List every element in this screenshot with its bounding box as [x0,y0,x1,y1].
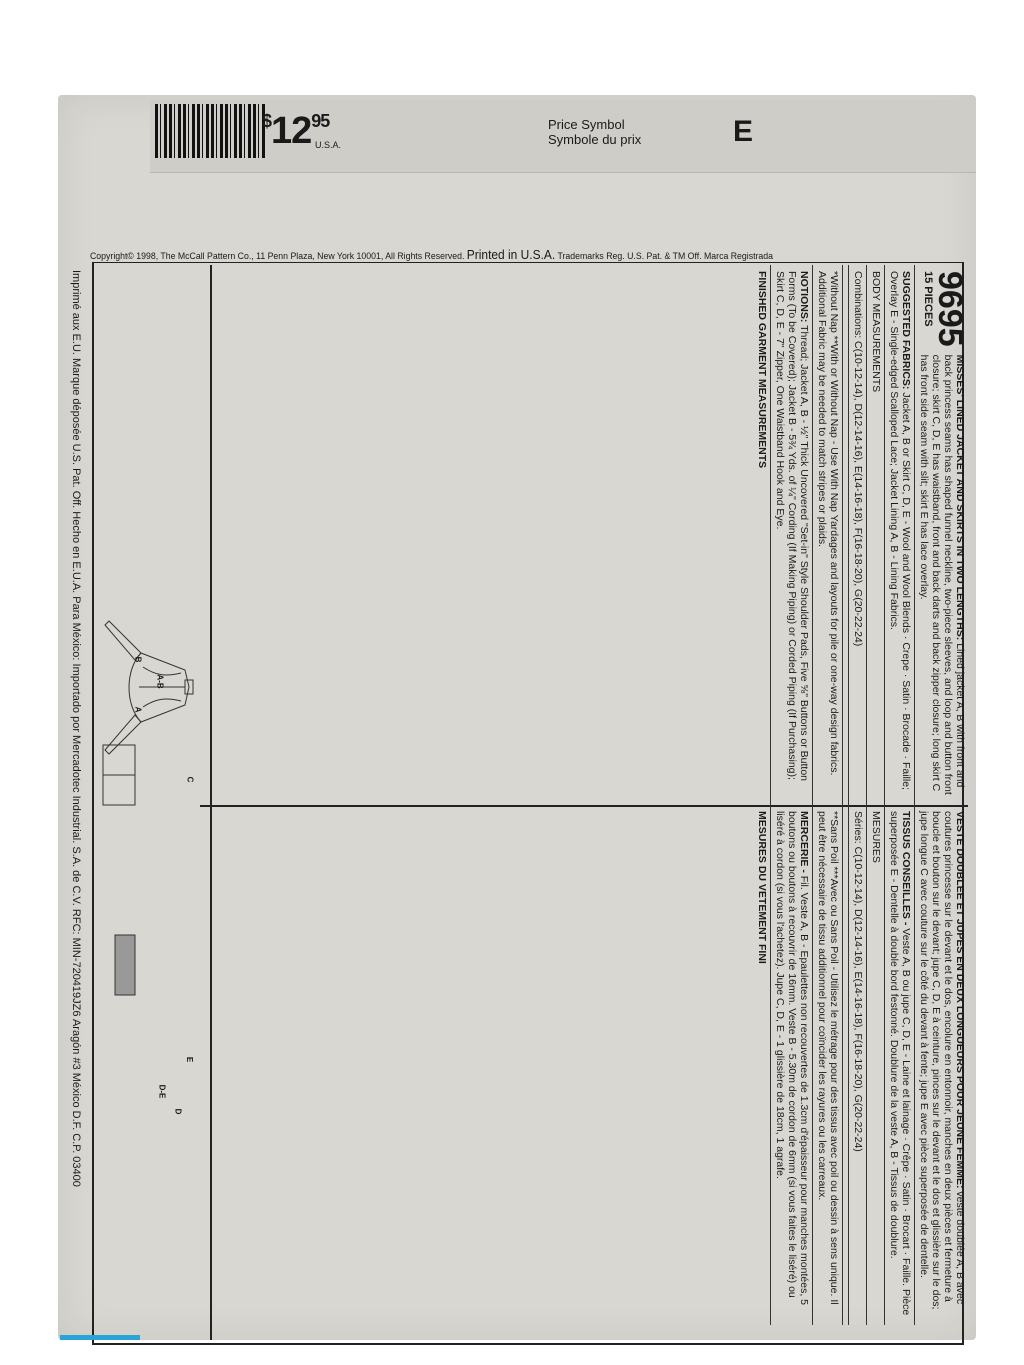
french-column: VESTE DOUBLEE ET JUPES EN DEUX LONGUEURS… [200,805,968,1325]
notions: NOTIONS: Thread; Jacket A, B - ½" Thick … [770,265,812,805]
yardage-section [842,265,848,805]
copyright-line: Copyright© 1998, The McCall Pattern Co.,… [90,247,773,262]
price-symbol-letter: E [733,115,753,149]
pattern-header: 9695 15 PIECES MISSES' LINED JACKET AND … [914,265,968,805]
blue-edge-tab [60,1335,140,1340]
finished-measurements-fr: MESURES DU VETEMENT FINI [753,805,770,1325]
price-country: U.S.A. [315,140,341,150]
pattern-number: 9695 [934,271,966,347]
jacket-drawing-icon [95,565,210,1105]
combinations: Combinations: C(10-12-14), D(12-14-16), … [848,265,866,805]
finished-measurements: FINISHED GARMENT MEASUREMENTS [753,265,770,805]
yardage-section-fr [842,805,848,1325]
body-measurements-fr: MESURES [866,805,884,1325]
technical-drawings: B A-B A C E D-E D [95,265,212,1340]
series-fr: Séries: C(10-12-14), D(12-14-16), E(14-1… [848,805,866,1325]
pattern-title: MISSES' LINED JACKET AND SKIRTS IN TWO L… [954,355,966,641]
rotated-pattern-info: 9695 15 PIECES MISSES' LINED JACKET AND … [200,265,968,1340]
english-column: 9695 15 PIECES MISSES' LINED JACKET AND … [200,265,968,807]
nap-note: *Without Nap **With or Without Nap - Use… [812,265,842,805]
suggested-fabrics-fr: TISSUS CONSEILLES - Veste A, B ou jupe C… [884,805,914,1325]
notions-fr: MERCERIE - Fil. Veste A, B - Epaulettes … [770,805,812,1325]
price-symbol-label: Price Symbol Symbole du prix [548,117,641,147]
nap-note-fr: **Sans Poil ***Avec ou Sans Poil - Utili… [812,805,842,1325]
pattern-header-fr: VESTE DOUBLEE ET JUPES EN DEUX LONGUEURS… [914,805,968,1325]
suggested-fabrics: SUGGESTED FABRICS: Jacket A, B or Skirt … [884,265,914,805]
barcode [155,104,265,158]
import-notice: Imprimé aux E.U. Marque déposée U.S. Pat… [70,270,82,1345]
body-measurements: BODY MEASUREMENTS [866,265,884,805]
skirt-de-drawing-icon [115,935,135,995]
